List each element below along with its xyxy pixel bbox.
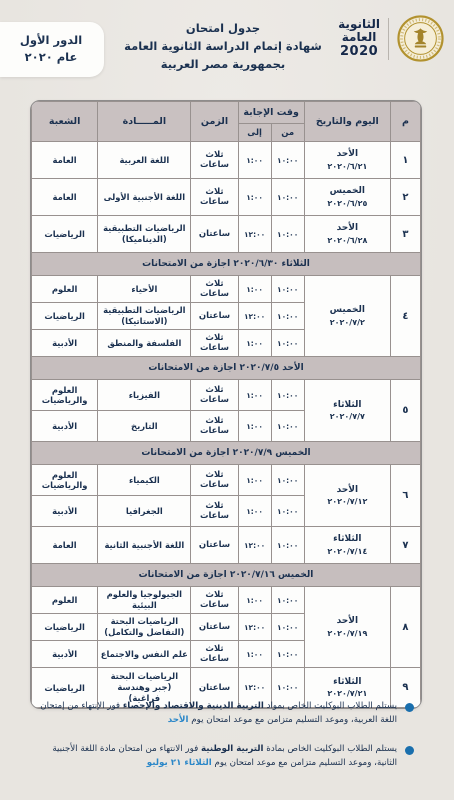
cell-to: ١٢:٠٠ — [238, 527, 271, 564]
cell-duration: ساعتان — [191, 527, 238, 564]
row-num: ٨ — [390, 587, 420, 668]
row-date: ٢٠٢٠/٧/١٤ — [307, 546, 388, 557]
header-day-date: اليوم والتاريخ — [304, 102, 390, 142]
row-day: الثلاثاء — [307, 399, 388, 412]
cell-from: ١٠:٠٠ — [271, 496, 304, 527]
row-num: ٤ — [390, 276, 420, 357]
note-bullet-icon — [405, 746, 414, 755]
cell-to: ١:٠٠ — [238, 411, 271, 442]
cell-subject: اللغة الأجنبية الثانية — [98, 527, 191, 564]
cell-section: الأدبية — [32, 641, 98, 668]
row-day-date: الأحد ٢٠٢٠/٧/١٢ — [304, 465, 390, 527]
holiday-banner-text: الخميس ٢٠٢٠/٧/١٦ اجازة من الامتحانات — [32, 564, 421, 587]
cell-section: العلوم — [32, 587, 98, 614]
holiday-banner-row: الثلاثاء ٢٠٢٠/٦/٣٠ اجازة من الامتحانات — [32, 253, 421, 276]
logo-cluster: الثانوية العامة 2020 — [338, 15, 444, 62]
header-section: الشعبة — [32, 102, 98, 142]
cell-duration: ساعتان — [191, 614, 238, 641]
row-date: ٢٠٢٠/٧/١٢ — [307, 496, 388, 507]
cell-from: ١٠:٠٠ — [271, 411, 304, 442]
cell-section: الأدبية — [32, 330, 98, 357]
row-day-date: الخميس ٢٠٢٠/٧/٢ — [304, 276, 390, 357]
note-item: يستلم الطلاب البوكليت الخاص بمواد التربي… — [28, 700, 414, 728]
row-date: ٢٠٢٠/٧/٢ — [307, 317, 388, 328]
note-bullet-icon — [405, 703, 414, 712]
cell-from: ١٠:٠٠ — [271, 465, 304, 496]
note-text: يستلم الطلاب البوكليت الخاص بمادة التربي… — [28, 743, 397, 771]
note-text-bold: التربية الوطنية — [201, 744, 264, 754]
row-num: ١ — [390, 142, 420, 179]
cell-to: ١:٠٠ — [238, 380, 271, 411]
logo-divider — [388, 18, 389, 60]
cell-to: ١:٠٠ — [238, 330, 271, 357]
cell-to: ١٢:٠٠ — [238, 216, 271, 253]
cell-to: ١:٠٠ — [238, 587, 271, 614]
row-date: ٢٠٢٠/٦/٢١ — [307, 161, 388, 172]
ministry-eagle-seal-icon — [397, 15, 444, 62]
cell-subject: علم النفس والاجتماع — [98, 641, 191, 668]
row-day-date: الأحد ٢٠٢٠/٧/١٩ — [304, 587, 390, 668]
exam-schedule-sheet: الدور الأول عام ٢٠٢٠ جدول امتحان شهادة إ… — [0, 0, 454, 800]
thanaweya-logo-year: 2020 — [338, 45, 380, 59]
row-day: الثلاثاء — [307, 676, 388, 689]
header-subject: المـــــادة — [98, 102, 191, 142]
row-day: الأحد — [307, 484, 388, 497]
table-row: ٦ الأحد ٢٠٢٠/٧/١٢ ١٠:٠٠ ١:٠٠ ثلاث ساعات … — [32, 465, 421, 496]
round-badge: الدور الأول عام ٢٠٢٠ — [0, 22, 104, 77]
table-row: ٢ الخميس ٢٠٢٠/٦/٢٥ ١٠:٠٠ ١:٠٠ ثلاث ساعات… — [32, 179, 421, 216]
header-from: من — [271, 124, 304, 142]
table-row: ١ الأحد ٢٠٢٠/٦/٢١ ١٠:٠٠ ١:٠٠ ثلاث ساعات … — [32, 142, 421, 179]
table-row: ٤ الخميس ٢٠٢٠/٧/٢ ١٠:٠٠ ١:٠٠ ثلاث ساعات … — [32, 276, 421, 303]
cell-from: ١٠:٠٠ — [271, 641, 304, 668]
row-num: ٢ — [390, 179, 420, 216]
row-day-date: الأحد ٢٠٢٠/٦/٢٨ — [304, 216, 390, 253]
cell-from: ١٠:٠٠ — [271, 330, 304, 357]
cell-to: ١:٠٠ — [238, 496, 271, 527]
holiday-banner-row: الأحد ٢٠٢٠/٧/٥ اجازة من الامتحانات — [32, 357, 421, 380]
holiday-banner-text: الثلاثاء ٢٠٢٠/٦/٣٠ اجازة من الامتحانات — [32, 253, 421, 276]
cell-subject: الفلسفة والمنطق — [98, 330, 191, 357]
row-day: الثلاثاء — [307, 533, 388, 546]
cell-subject: اللغة الأجنبية الأولى — [98, 179, 191, 216]
row-date: ٢٠٢٠/٧/١٩ — [307, 628, 388, 639]
row-num: ٣ — [390, 216, 420, 253]
cell-section: العامة — [32, 142, 98, 179]
row-date: ٢٠٢٠/٧/٧ — [307, 411, 388, 422]
cell-section: الأدبية — [32, 496, 98, 527]
footer-notes: يستلم الطلاب البوكليت الخاص بمواد التربي… — [28, 700, 414, 771]
holiday-banner-text: الخميس ٢٠٢٠/٧/٩ اجازة من الامتحانات — [32, 442, 421, 465]
cell-from: ١٠:٠٠ — [271, 142, 304, 179]
cell-subject: اللغة العربية — [98, 142, 191, 179]
cell-subject: الأحياء — [98, 276, 191, 303]
row-day: الأحد — [307, 222, 388, 235]
cell-from: ١٠:٠٠ — [271, 380, 304, 411]
cell-to: ١:٠٠ — [238, 641, 271, 668]
cell-section: العامة — [32, 527, 98, 564]
cell-from: ١٠:٠٠ — [271, 179, 304, 216]
cell-to: ١٢:٠٠ — [238, 303, 271, 330]
cell-to: ١:٠٠ — [238, 142, 271, 179]
cell-duration: ثلاث ساعات — [191, 411, 238, 442]
header-duration: الزمن — [191, 102, 238, 142]
holiday-banner-text: الأحد ٢٠٢٠/٧/٥ اجازة من الامتحانات — [32, 357, 421, 380]
cell-section: العلوم والرياضيات — [32, 380, 98, 411]
schedule-table-wrapper: م اليوم والتاريخ وقت الإجابة الزمن المــ… — [30, 100, 422, 709]
table-row: ٥ الثلاثاء ٢٠٢٠/٧/٧ ١٠:٠٠ ١:٠٠ ثلاث ساعا… — [32, 380, 421, 411]
row-day-date: الأحد ٢٠٢٠/٦/٢١ — [304, 142, 390, 179]
note-text-bold: التربية الدينية والاقتصاد والإحصاء — [123, 701, 264, 711]
cell-to: ١:٠٠ — [238, 465, 271, 496]
note-text: يستلم الطلاب البوكليت الخاص بمواد التربي… — [28, 700, 397, 728]
note-item: يستلم الطلاب البوكليت الخاص بمادة التربي… — [28, 743, 414, 771]
table-row: ٧ الثلاثاء ٢٠٢٠/٧/١٤ ١٠:٠٠ ١٢:٠٠ ساعتان … — [32, 527, 421, 564]
table-row: ٣ الأحد ٢٠٢٠/٦/٢٨ ١٠:٠٠ ١٢:٠٠ ساعتان الر… — [32, 216, 421, 253]
thanaweya-logo: الثانوية العامة 2020 — [338, 18, 380, 59]
row-day-date: الثلاثاء ٢٠٢٠/٧/١٤ — [304, 527, 390, 564]
cell-duration: ثلاث ساعات — [191, 465, 238, 496]
row-day: الخميس — [307, 185, 388, 198]
page-title: جدول امتحان شهادة إتمام الدراسة الثانوية… — [112, 20, 334, 73]
title-line3: بجمهورية مصر العربية — [112, 56, 334, 74]
row-date: ٢٠٢٠/٦/٢٥ — [307, 198, 388, 209]
cell-section: العلوم والرياضيات — [32, 465, 98, 496]
row-num: ٦ — [390, 465, 420, 527]
title-line1: جدول امتحان — [112, 20, 334, 38]
cell-duration: ثلاث ساعات — [191, 179, 238, 216]
row-date: ٢٠٢٠/٧/٢١ — [307, 688, 388, 699]
cell-subject: الفيزياء — [98, 380, 191, 411]
cell-from: ١٠:٠٠ — [271, 303, 304, 330]
holiday-banner-row: الخميس ٢٠٢٠/٧/١٦ اجازة من الامتحانات — [32, 564, 421, 587]
cell-to: ١:٠٠ — [238, 276, 271, 303]
cell-subject: الرياضيات التطبيقية (الاستاتيكا) — [98, 303, 191, 330]
cell-duration: ثلاث ساعات — [191, 641, 238, 668]
cell-duration: ساعتان — [191, 216, 238, 253]
row-day-date: الخميس ٢٠٢٠/٦/٢٥ — [304, 179, 390, 216]
thanaweya-logo-line2: العامة — [338, 31, 380, 44]
cell-section: الرياضيات — [32, 303, 98, 330]
cell-subject: الجيولوجيا والعلوم البيئية — [98, 587, 191, 614]
row-day: الخميس — [307, 304, 388, 317]
cell-subject: التاريخ — [98, 411, 191, 442]
cell-duration: ثلاث ساعات — [191, 380, 238, 411]
cell-duration: ثلاث ساعات — [191, 330, 238, 357]
header-num: م — [390, 102, 420, 142]
cell-from: ١٠:٠٠ — [271, 527, 304, 564]
row-day-date: الثلاثاء ٢٠٢٠/٧/٧ — [304, 380, 390, 442]
cell-duration: ثلاث ساعات — [191, 142, 238, 179]
cell-subject: الكيمياء — [98, 465, 191, 496]
header-answer-time: وقت الإجابة — [238, 102, 304, 124]
table-header-row: م اليوم والتاريخ وقت الإجابة الزمن المــ… — [32, 102, 421, 124]
cell-to: ١٢:٠٠ — [238, 614, 271, 641]
row-num: ٥ — [390, 380, 420, 442]
row-day: الأحد — [307, 148, 388, 161]
cell-section: الأدبية — [32, 411, 98, 442]
schedule-table: م اليوم والتاريخ وقت الإجابة الزمن المــ… — [31, 101, 421, 708]
cell-subject: الرياضيات البحتة (التفاضل والتكامل) — [98, 614, 191, 641]
note-text-normal: يستلم الطلاب البوكليت الخاص بمادة — [264, 744, 397, 754]
cell-duration: ثلاث ساعات — [191, 496, 238, 527]
cell-subject: الرياضيات التطبيقية (الديناميكا) — [98, 216, 191, 253]
cell-duration: ساعتان — [191, 303, 238, 330]
cell-from: ١٠:٠٠ — [271, 216, 304, 253]
note-text-normal: يستلم الطلاب البوكليت الخاص بمواد — [264, 701, 397, 711]
row-num: ٧ — [390, 527, 420, 564]
note-text-highlight: الثلاثاء ٢١ يوليو — [147, 758, 212, 768]
cell-from: ١٠:٠٠ — [271, 614, 304, 641]
header-to: إلى — [238, 124, 271, 142]
table-row: ٨ الأحد ٢٠٢٠/٧/١٩ ١٠:٠٠ ١:٠٠ ثلاث ساعات … — [32, 587, 421, 614]
holiday-banner-row: الخميس ٢٠٢٠/٧/٩ اجازة من الامتحانات — [32, 442, 421, 465]
cell-section: العامة — [32, 179, 98, 216]
row-day: الأحد — [307, 615, 388, 628]
cell-section: الرياضيات — [32, 216, 98, 253]
cell-from: ١٠:٠٠ — [271, 587, 304, 614]
cell-to: ١:٠٠ — [238, 179, 271, 216]
title-line2: شهادة إتمام الدراسة الثانوية العامة — [112, 38, 334, 56]
cell-from: ١٠:٠٠ — [271, 276, 304, 303]
round-badge-line1: الدور الأول — [8, 32, 94, 49]
row-date: ٢٠٢٠/٦/٢٨ — [307, 235, 388, 246]
round-badge-line2: عام ٢٠٢٠ — [8, 49, 94, 66]
cell-duration: ثلاث ساعات — [191, 587, 238, 614]
cell-duration: ثلاث ساعات — [191, 276, 238, 303]
note-text-highlight: الأحد — [168, 715, 189, 725]
cell-section: الرياضيات — [32, 614, 98, 641]
cell-subject: الجغرافيا — [98, 496, 191, 527]
cell-section: العلوم — [32, 276, 98, 303]
